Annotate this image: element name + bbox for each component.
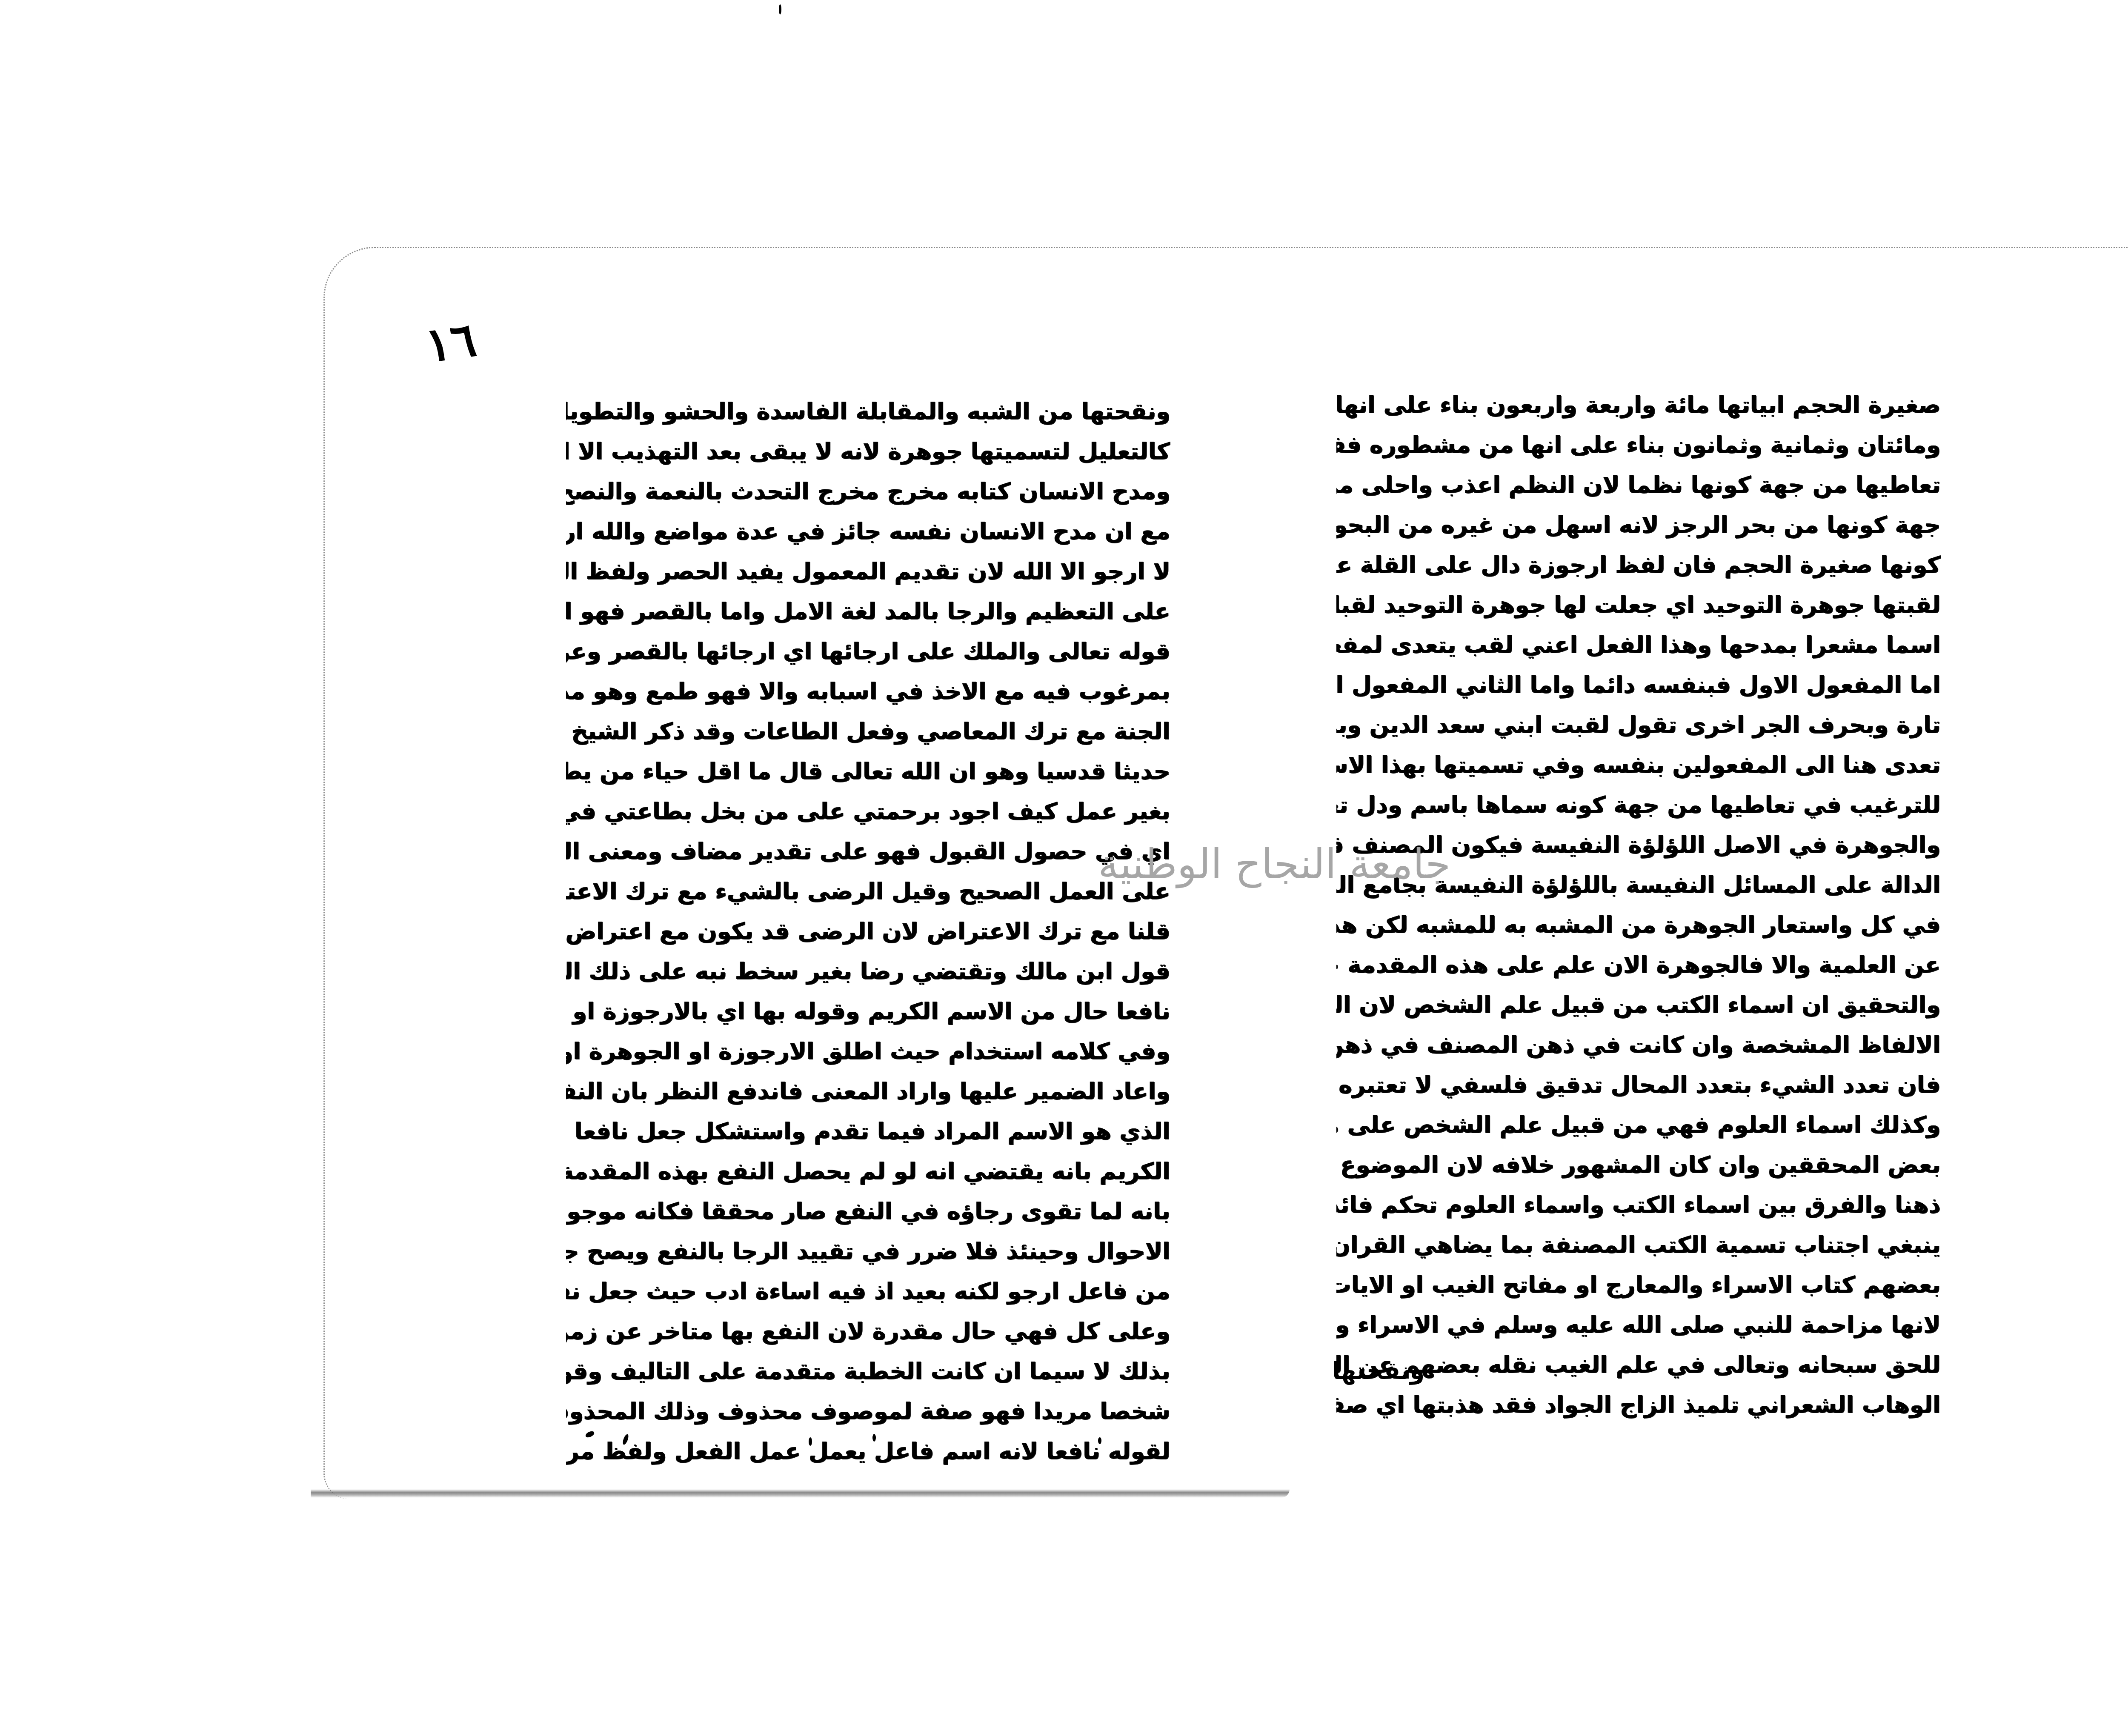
manuscript-line: وكذلك اسماء العلوم فهي من قبيل علم الشخص…: [1336, 1105, 1941, 1145]
manuscript-scan: ١٦ ونقحتها من الشبه والمقابلة الفاسدة وا…: [0, 0, 2128, 1736]
manuscript-line: بعض المحققين وان كان المشهور خلافه لان ا…: [1336, 1145, 1941, 1185]
manuscript-line: على العمل الصحيح وقيل الرضى بالشيء مع تر…: [566, 871, 1170, 911]
catchword: ونقحتها: [1332, 1357, 1424, 1385]
manuscript-line: تعاطيها من جهة كونها نظما لان النظم اعذب…: [1336, 465, 1941, 505]
manuscript-line: ذهنا والفرق بين اسماء الكتب واسماء العلو…: [1336, 1185, 1941, 1225]
manuscript-line: الكريم بانه يقتضي انه لو لم يحصل النفع ب…: [566, 1151, 1170, 1191]
manuscript-line: مع ان مدح الانسان نفسه جائز في عدة مواضع…: [566, 511, 1170, 551]
manuscript-line: وفي كلامه استخدام حيث اطلق الارجوزة او ا…: [566, 1031, 1170, 1071]
left-page-text: ونقحتها من الشبه والمقابلة الفاسدة والحش…: [566, 391, 1170, 1471]
manuscript-line: للحق سبحانه وتعالى في علم الغيب نقله بعض…: [1336, 1345, 1941, 1385]
manuscript-line: وعلى كل فهي حال مقدرة لان النفع بها متاخ…: [566, 1311, 1170, 1351]
manuscript-line: اسما مشعرا بمدحها وهذا الفعل اعني لقب يت…: [1336, 625, 1941, 665]
manuscript-line: عن العلمية والا فالجوهرة الان علم على هذ…: [1336, 945, 1941, 985]
manuscript-line: فان تعدد الشيء بتعدد المحال تدقيق فلسفي …: [1336, 1065, 1941, 1105]
manuscript-line: الجنة مع ترك المعاصي وفعل الطاعات وقد ذك…: [566, 711, 1170, 751]
right-page-text: صغيرة الحجم ابياتها مائة واربعة واربعون …: [1336, 385, 1941, 1425]
manuscript-line: والتحقيق ان اسماء الكتب من قبيل علم الشخ…: [1336, 985, 1941, 1025]
folio-number: ١٦: [422, 311, 480, 373]
manuscript-line: بانه لما تقوى رجاؤه في النفع صار محققا ف…: [566, 1191, 1170, 1231]
scan-speck: [872, 1434, 876, 1442]
manuscript-line: من فاعل ارجو لكنه بعيد اذ فيه اساءة ادب …: [566, 1271, 1170, 1311]
manuscript-line: كالتعليل لتسميتها جوهرة لانه لا يبقى بعد…: [566, 431, 1170, 471]
manuscript-line: ينبغي اجتناب تسمية الكتب المصنفة بما يضا…: [1336, 1225, 1941, 1265]
manuscript-line: اما المفعول الاول فبنفسه دائما واما الثا…: [1336, 665, 1941, 705]
manuscript-line: قوله تعالى والملك على ارجائها اي ارجائها…: [566, 631, 1170, 671]
manuscript-line: واعاد الضمير عليها واراد المعنى فاندفع ا…: [566, 1071, 1170, 1111]
manuscript-line: بغير عمل كيف اجود برحمتي على من بخل بطاع…: [566, 791, 1170, 831]
manuscript-line: الدالة على المسائل النفيسة باللؤلؤة النف…: [1336, 865, 1941, 905]
manuscript-line: في كل واستعار الجوهرة من المشبه به للمشب…: [1336, 905, 1941, 945]
manuscript-line: الوهاب الشعراني تلميذ الزاج الجواد فقد ه…: [1336, 1385, 1941, 1425]
manuscript-line: لانها مزاحمة للنبي صلى الله عليه وسلم في…: [1336, 1305, 1941, 1345]
manuscript-line: جهة كونها من بحر الرجز لانه اسهل من غيره…: [1336, 505, 1941, 545]
manuscript-line: صغيرة الحجم ابياتها مائة واربعة واربعون …: [1336, 385, 1941, 425]
manuscript-line: تعدى هنا الى المفعولين بنفسه وفي تسميتها…: [1336, 745, 1941, 785]
manuscript-line: ومدح الانسان كتابه مخرج مخرج التحدث بالن…: [566, 471, 1170, 511]
manuscript-line: بعضهم كتاب الاسراء والمعارج او مفاتح الغ…: [1336, 1265, 1941, 1305]
manuscript-line: لا ارجو الا الله لان تقديم المعمول يفيد …: [566, 551, 1170, 591]
manuscript-line: كونها صغيرة الحجم فان لفظ ارجوزة دال على…: [1336, 545, 1941, 585]
manuscript-line: بمرغوب فيه مع الاخذ في اسبابه والا فهو ط…: [566, 671, 1170, 711]
manuscript-line: بذلك لا سيما ان كانت الخطبة متقدمة على ا…: [566, 1351, 1170, 1391]
manuscript-line: حديثا قدسيا وهو ان الله تعالى قال ما اقل…: [566, 751, 1170, 791]
manuscript-line: الاحوال وحينئذ فلا ضرر في تقييد الرجا با…: [566, 1231, 1170, 1271]
manuscript-line: للترغيب في تعاطيها من جهة كونه سماها باس…: [1336, 785, 1941, 825]
manuscript-line: نافعا حال من الاسم الكريم وقوله بها اي ب…: [566, 991, 1170, 1031]
manuscript-line: والجوهرة في الاصل اللؤلؤة النفيسة فيكون …: [1336, 825, 1941, 865]
manuscript-line: قول ابن مالك وتقتضي رضا بغير سخط نبه على…: [566, 951, 1170, 991]
manuscript-line: الالفاظ المشخصة وان كانت في ذهن المصنف ف…: [1336, 1025, 1941, 1065]
manuscript-line: شخصا مريدا فهو صفة لموصوف محذوف وذلك الم…: [566, 1391, 1170, 1431]
manuscript-line: اي في حصول القبول فهو على تقدير مضاف ومع…: [566, 831, 1170, 871]
manuscript-line: ونقحتها من الشبه والمقابلة الفاسدة والحش…: [566, 391, 1170, 431]
manuscript-line: قلنا مع ترك الاعتراض لان الرضى قد يكون م…: [566, 911, 1170, 951]
scan-speck: [809, 1437, 812, 1446]
manuscript-line: تارة وبحرف الجر اخرى تقول لقبت ابني سعد …: [1336, 705, 1941, 745]
page-bottom-edge: [311, 1489, 1290, 1498]
manuscript-line: ومائتان وثمانية وثمانون بناء على انها من…: [1336, 425, 1941, 465]
scan-speck: [779, 4, 781, 14]
manuscript-line: لقوله نافعا لانه اسم فاعل يعمل عمل الفعل…: [566, 1431, 1170, 1471]
scan-speck: [1098, 1437, 1101, 1444]
manuscript-line: الذي هو الاسم المراد فيما تقدم واستشكل ج…: [566, 1111, 1170, 1151]
manuscript-line: لقبتها جوهرة التوحيد اي جعلت لها جوهرة ا…: [1336, 585, 1941, 625]
manuscript-line: على التعظيم والرجا بالمد لغة الامل واما …: [566, 591, 1170, 631]
